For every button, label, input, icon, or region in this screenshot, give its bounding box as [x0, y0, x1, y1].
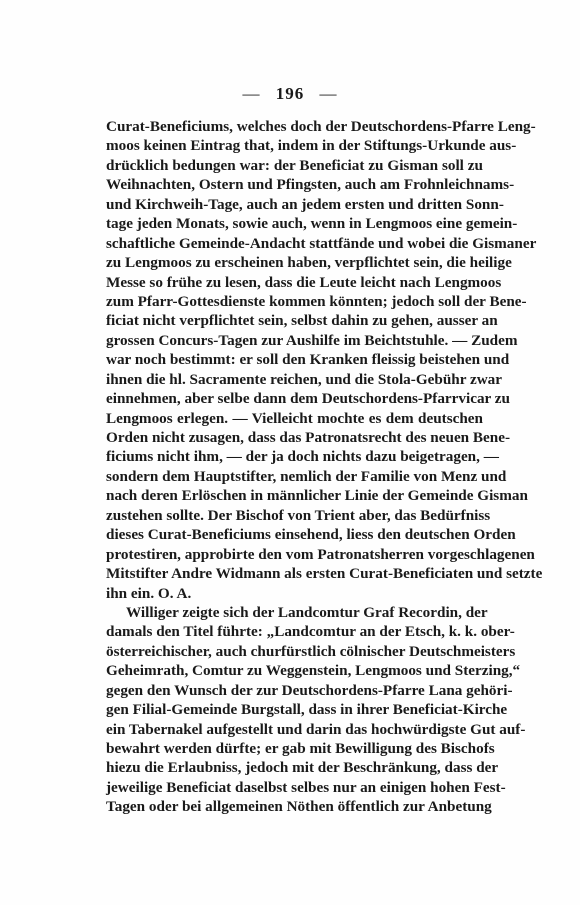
- text-line: Messe so frühe zu lesen, dass die Leute …: [106, 273, 483, 292]
- text-line: zu Lengmoos zu erscheinen haben, verpfli…: [106, 253, 483, 272]
- text-line: tage jeden Monats, sowie auch, wenn in L…: [106, 214, 483, 233]
- text-line: gegen den Wunsch der zur Deutschordens-P…: [106, 681, 483, 700]
- text-line: grossen Concurs-Tagen zur Aushilfe im Be…: [106, 331, 483, 350]
- page-number: 196: [276, 84, 305, 103]
- text-line: dieses Curat-Beneficiums einsehend, lies…: [106, 525, 483, 544]
- text-line-paragraph-end: ihn ein. O. A.: [106, 584, 483, 603]
- text-line: sondern dem Hauptstifter, nemlich der Fa…: [106, 467, 483, 486]
- page-header: — 196 —: [0, 84, 580, 104]
- text-line: österreichischer, auch churfürstlich cöl…: [106, 642, 483, 661]
- body-text: Curat-Beneficiums, welches doch der Deut…: [106, 117, 483, 817]
- text-line: drücklich bedungen war: der Beneficiat z…: [106, 156, 483, 175]
- text-line: moos keinen Eintrag that, indem in der S…: [106, 136, 483, 155]
- header-dash-right: —: [320, 84, 338, 103]
- text-line: Orden nicht zusagen, dass das Patronatsr…: [106, 428, 483, 447]
- text-line: Weihnachten, Ostern und Pfingsten, auch …: [106, 175, 483, 194]
- text-line: jeweilige Beneficiat daselbst selbes nur…: [106, 778, 483, 797]
- text-line: war noch bestimmt: er soll den Kranken f…: [106, 350, 483, 369]
- text-line: protestiren, approbirte den vom Patronat…: [106, 545, 483, 564]
- text-line: bewahrt werden dürfte; er gab mit Bewill…: [106, 739, 483, 758]
- book-page: — 196 — Curat-Beneficiums, welches doch …: [0, 0, 580, 905]
- text-line: nach deren Erlöschen in männlicher Linie…: [106, 486, 483, 505]
- text-line: hiezu die Erlaubniss, jedoch mit der Bes…: [106, 758, 483, 777]
- text-line: ihnen die hl. Sacramente reichen, und di…: [106, 370, 483, 389]
- text-line: schaftliche Gemeinde-Andacht stattfände …: [106, 234, 483, 253]
- header-dash-left: —: [243, 84, 261, 103]
- text-line: und Kirchweih-Tage, auch an jedem ersten…: [106, 195, 483, 214]
- text-line: ficiat nicht verpflichtet sein, selbst d…: [106, 311, 483, 330]
- text-line: gen Filial-Gemeinde Burgstall, dass in i…: [106, 700, 483, 719]
- text-line: damals den Titel führte: „Landcomtur an …: [106, 622, 483, 641]
- text-line: Tagen oder bei allgemeinen Nöthen öffent…: [106, 797, 483, 816]
- text-line: Curat-Beneficiums, welches doch der Deut…: [106, 117, 483, 136]
- text-line: zum Pfarr-Gottesdienste kommen könnten; …: [106, 292, 483, 311]
- text-line: zustehen sollte. Der Bischof von Trient …: [106, 506, 483, 525]
- text-line: ficiums nicht ihm, — der ja doch nichts …: [106, 447, 483, 466]
- text-line: Lengmoos erlegen. — Vielleicht mochte es…: [106, 409, 483, 428]
- text-line: einnehmen, aber selbe dann dem Deutschor…: [106, 389, 483, 408]
- text-line: Geheimrath, Comtur zu Weggenstein, Lengm…: [106, 661, 483, 680]
- text-line: ein Tabernakel aufgestellt und darin das…: [106, 720, 483, 739]
- text-line: Mitstifter Andre Widmann als ersten Cura…: [106, 564, 483, 583]
- text-line-paragraph-start: Williger zeigte sich der Landcomtur Graf…: [106, 603, 483, 622]
